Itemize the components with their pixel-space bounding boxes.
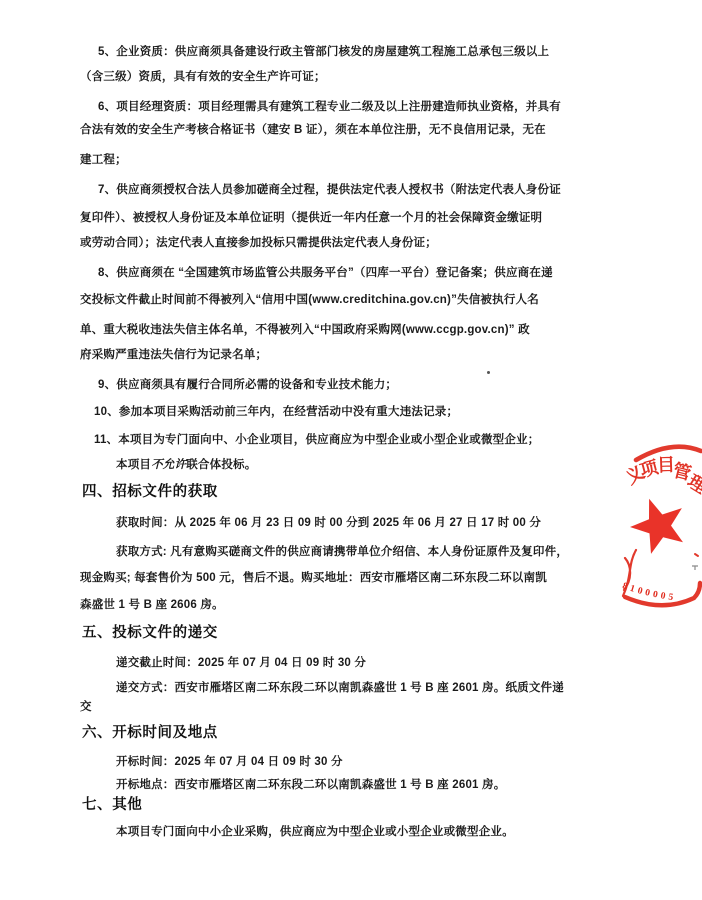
text-run: 开标时间：2025 年 07 月 04 日 09 时 30 分 [116,756,343,768]
text-run: 联合体投标。 [186,459,256,471]
doc-line: 森盛世 1 号 B 座 2606 房。 [80,593,224,617]
text-run: 本项目 [116,459,151,471]
text-run: 获取时间：从 2025 年 06 月 23 日 09 时 00 分到 2025 … [116,517,541,529]
print-artifact-mark [692,566,698,570]
text-run: 五、投标文件的递交 [82,625,218,641]
doc-line: 11、本项目为专门面向中、小企业项目，供应商应为中型企业或小型企业或微型企业； [94,428,539,452]
doc-line: 9、供应商须具有履行合同所必需的设备和专业技术能力； [98,373,397,397]
text-run: 获取方式: 凡有意购买磋商文件的供应商请携带单位介绍信、本人身份证原件及复印件， [116,546,568,558]
doc-line: 递交方式：西安市雁塔区南二环东段二环以南凯森盛世 1 号 B 座 2601 房。… [116,676,564,700]
text-run: 森盛世 1 号 B 座 2606 房。 [80,599,224,611]
text-run: 建工程； [80,154,127,166]
text-run: 7、供应商须授权合法人员参加磋商全过程，提供法定代表人授权书（附法定代表人身份证 [98,184,561,196]
document-page: 5、企业资质：供应商须具备建设行政主管部门核发的房屋建筑工程施工总承包三级以上（… [0,0,702,900]
text-run: 六、开标时间及地点 [82,725,218,741]
text-run: 交 [80,701,92,713]
text-run: 现金购买; 每套售价为 500 元，售后不退。购买地址：西安市雁塔区南二环东段二… [80,572,547,584]
doc-line: 8、供应商须在 “全国建筑市场监管公共服务平台”（四库一平台）登记备案；供应商在… [98,261,553,285]
section-heading: 四、招标文件的获取 [82,480,218,504]
text-run: 5、企业资质：供应商须具备建设行政主管部门核发的房屋建筑工程施工总承包三级以上 [98,46,549,58]
announcement-body: 5、企业资质：供应商须具备建设行政主管部门核发的房屋建筑工程施工总承包三级以上（… [80,0,560,900]
text-run: 6、项目经理资质：项目经理需具有建筑工程专业二级及以上注册建造师执业资格，并具有 [98,101,561,113]
seal-ink-speck [695,554,698,556]
text-run: 单、重大税收违法失信主体名单，不得被列入“中国政府采购网(www.ccgp.go… [80,324,530,336]
text-run: 本项目专门面向中小企业采购，供应商应为中型企业或小型企业或微型企业。 [116,826,514,838]
doc-line: （含三级）资质，具有有效的安全生产许可证； [80,65,326,89]
doc-line: 复印件）、被授权人身份证及本单位证明（提供近一年内任意一个月的社会保障资金缴证明 [80,206,542,230]
doc-line: 交投标文件截止时间前不得被列入“信用中国(www.creditchina.gov… [80,288,539,312]
company-seal-stamp: 义 项 目 管 理 8100005 [610,430,702,615]
doc-line: 本项目专门面向中小企业采购，供应商应为中型企业或小型企业或微型企业。 [116,820,514,844]
doc-line: 获取方式: 凡有意购买磋商文件的供应商请携带单位介绍信、本人身份证原件及复印件， [116,540,568,564]
doc-line: 5、企业资质：供应商须具备建设行政主管部门核发的房屋建筑工程施工总承包三级以上 [98,40,549,64]
section-heading: 六、开标时间及地点 [82,721,218,745]
doc-line: 合法有效的安全生产考核合格证书（建安 B 证），须在本单位注册，无不良信用记录，… [80,118,546,142]
doc-line: 开标地点：西安市雁塔区南二环东段二环以南凯森盛世 1 号 B 座 2601 房。 [116,773,505,797]
doc-line: 现金购买; 每套售价为 500 元，售后不退。购买地址：西安市雁塔区南二环东段二… [80,566,547,590]
doc-line: 交 [80,695,92,719]
doc-line: 10、参加本项目采购活动前三年内，在经营活动中没有重大违法记录； [94,400,458,424]
text-run: 交投标文件截止时间前不得被列入“信用中国(www.creditchina.gov… [80,294,539,306]
doc-line: 开标时间：2025 年 07 月 04 日 09 时 30 分 [116,750,343,774]
text-run: 递交方式：西安市雁塔区南二环东段二环以南凯森盛世 1 号 B 座 2601 房。… [116,682,564,694]
doc-line: 递交截止时间：2025 年 07 月 04 日 09 时 30 分 [116,651,366,675]
text-run: 四、招标文件的获取 [82,484,218,500]
text-run: （含三级）资质，具有有效的安全生产许可证； [80,71,326,83]
text-run: 合法有效的安全生产考核合格证书（建安 B 证），须在本单位注册，无不良信用记录，… [80,124,546,136]
doc-line: 7、供应商须授权合法人员参加磋商全过程，提供法定代表人授权书（附法定代表人身份证 [98,178,561,202]
doc-line: 本项目不允许联合体投标。 [116,453,256,477]
text-run: 8、供应商须在 “全国建筑市场监管公共服务平台”（四库一平台）登记备案；供应商在… [98,267,553,279]
doc-line: 府采购严重违法失信行为记录名单； [80,343,267,367]
doc-line: 单、重大税收违法失信主体名单，不得被列入“中国政府采购网(www.ccgp.go… [80,318,530,342]
emphasized-text: 不允许 [151,459,186,471]
doc-line: 获取时间：从 2025 年 06 月 23 日 09 时 00 分到 2025 … [116,511,541,535]
section-heading: 五、投标文件的递交 [82,621,218,645]
text-run: 或劳动合同）；法定代表人直接参加投标只需提供法定代表人身份证； [80,237,437,249]
seal-star-icon [630,499,683,554]
doc-line: 6、项目经理资质：项目经理需具有建筑工程专业二级及以上注册建造师执业资格，并具有 [98,95,561,119]
text-run: 11、本项目为专门面向中、小企业项目，供应商应为中型企业或小型企业或微型企业； [94,434,539,446]
text-run: 开标地点：西安市雁塔区南二环东段二环以南凯森盛世 1 号 B 座 2601 房。 [116,779,505,791]
text-run: 府采购严重违法失信行为记录名单； [80,349,267,361]
doc-line: 建工程； [80,148,127,172]
text-run: 递交截止时间：2025 年 07 月 04 日 09 时 30 分 [116,657,366,669]
text-run: 10、参加本项目采购活动前三年内，在经营活动中没有重大违法记录； [94,406,458,418]
text-run: 七、其他 [82,797,142,813]
doc-line: 或劳动合同）；法定代表人直接参加投标只需提供法定代表人身份证； [80,231,437,255]
text-run: 9、供应商须具有履行合同所必需的设备和专业技术能力； [98,379,397,391]
scan-artifact-dot [487,371,490,374]
text-run: 复印件）、被授权人身份证及本单位证明（提供近一年内任意一个月的社会保障资金缴证明 [80,212,542,224]
section-heading: 七、其他 [82,793,142,817]
